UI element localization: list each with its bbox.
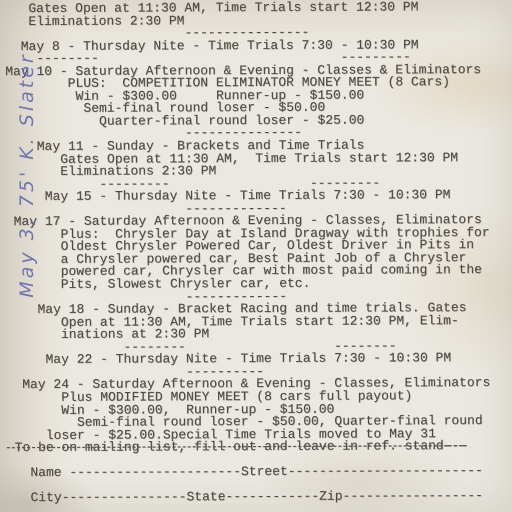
typed-text-block: Gates Open at 11:30 AM, Time Trials star… bbox=[5, 1, 512, 505]
scanned-schedule-page: Gates Open at 11:30 AM, Time Trials star… bbox=[0, 0, 512, 512]
typed-line-strikethrough: To be on mailing list, fill out and leav… bbox=[7, 440, 512, 455]
typed-line: Name ----------------------Street-------… bbox=[7, 465, 512, 480]
typed-line: City----------------State------------Zip… bbox=[7, 490, 512, 505]
